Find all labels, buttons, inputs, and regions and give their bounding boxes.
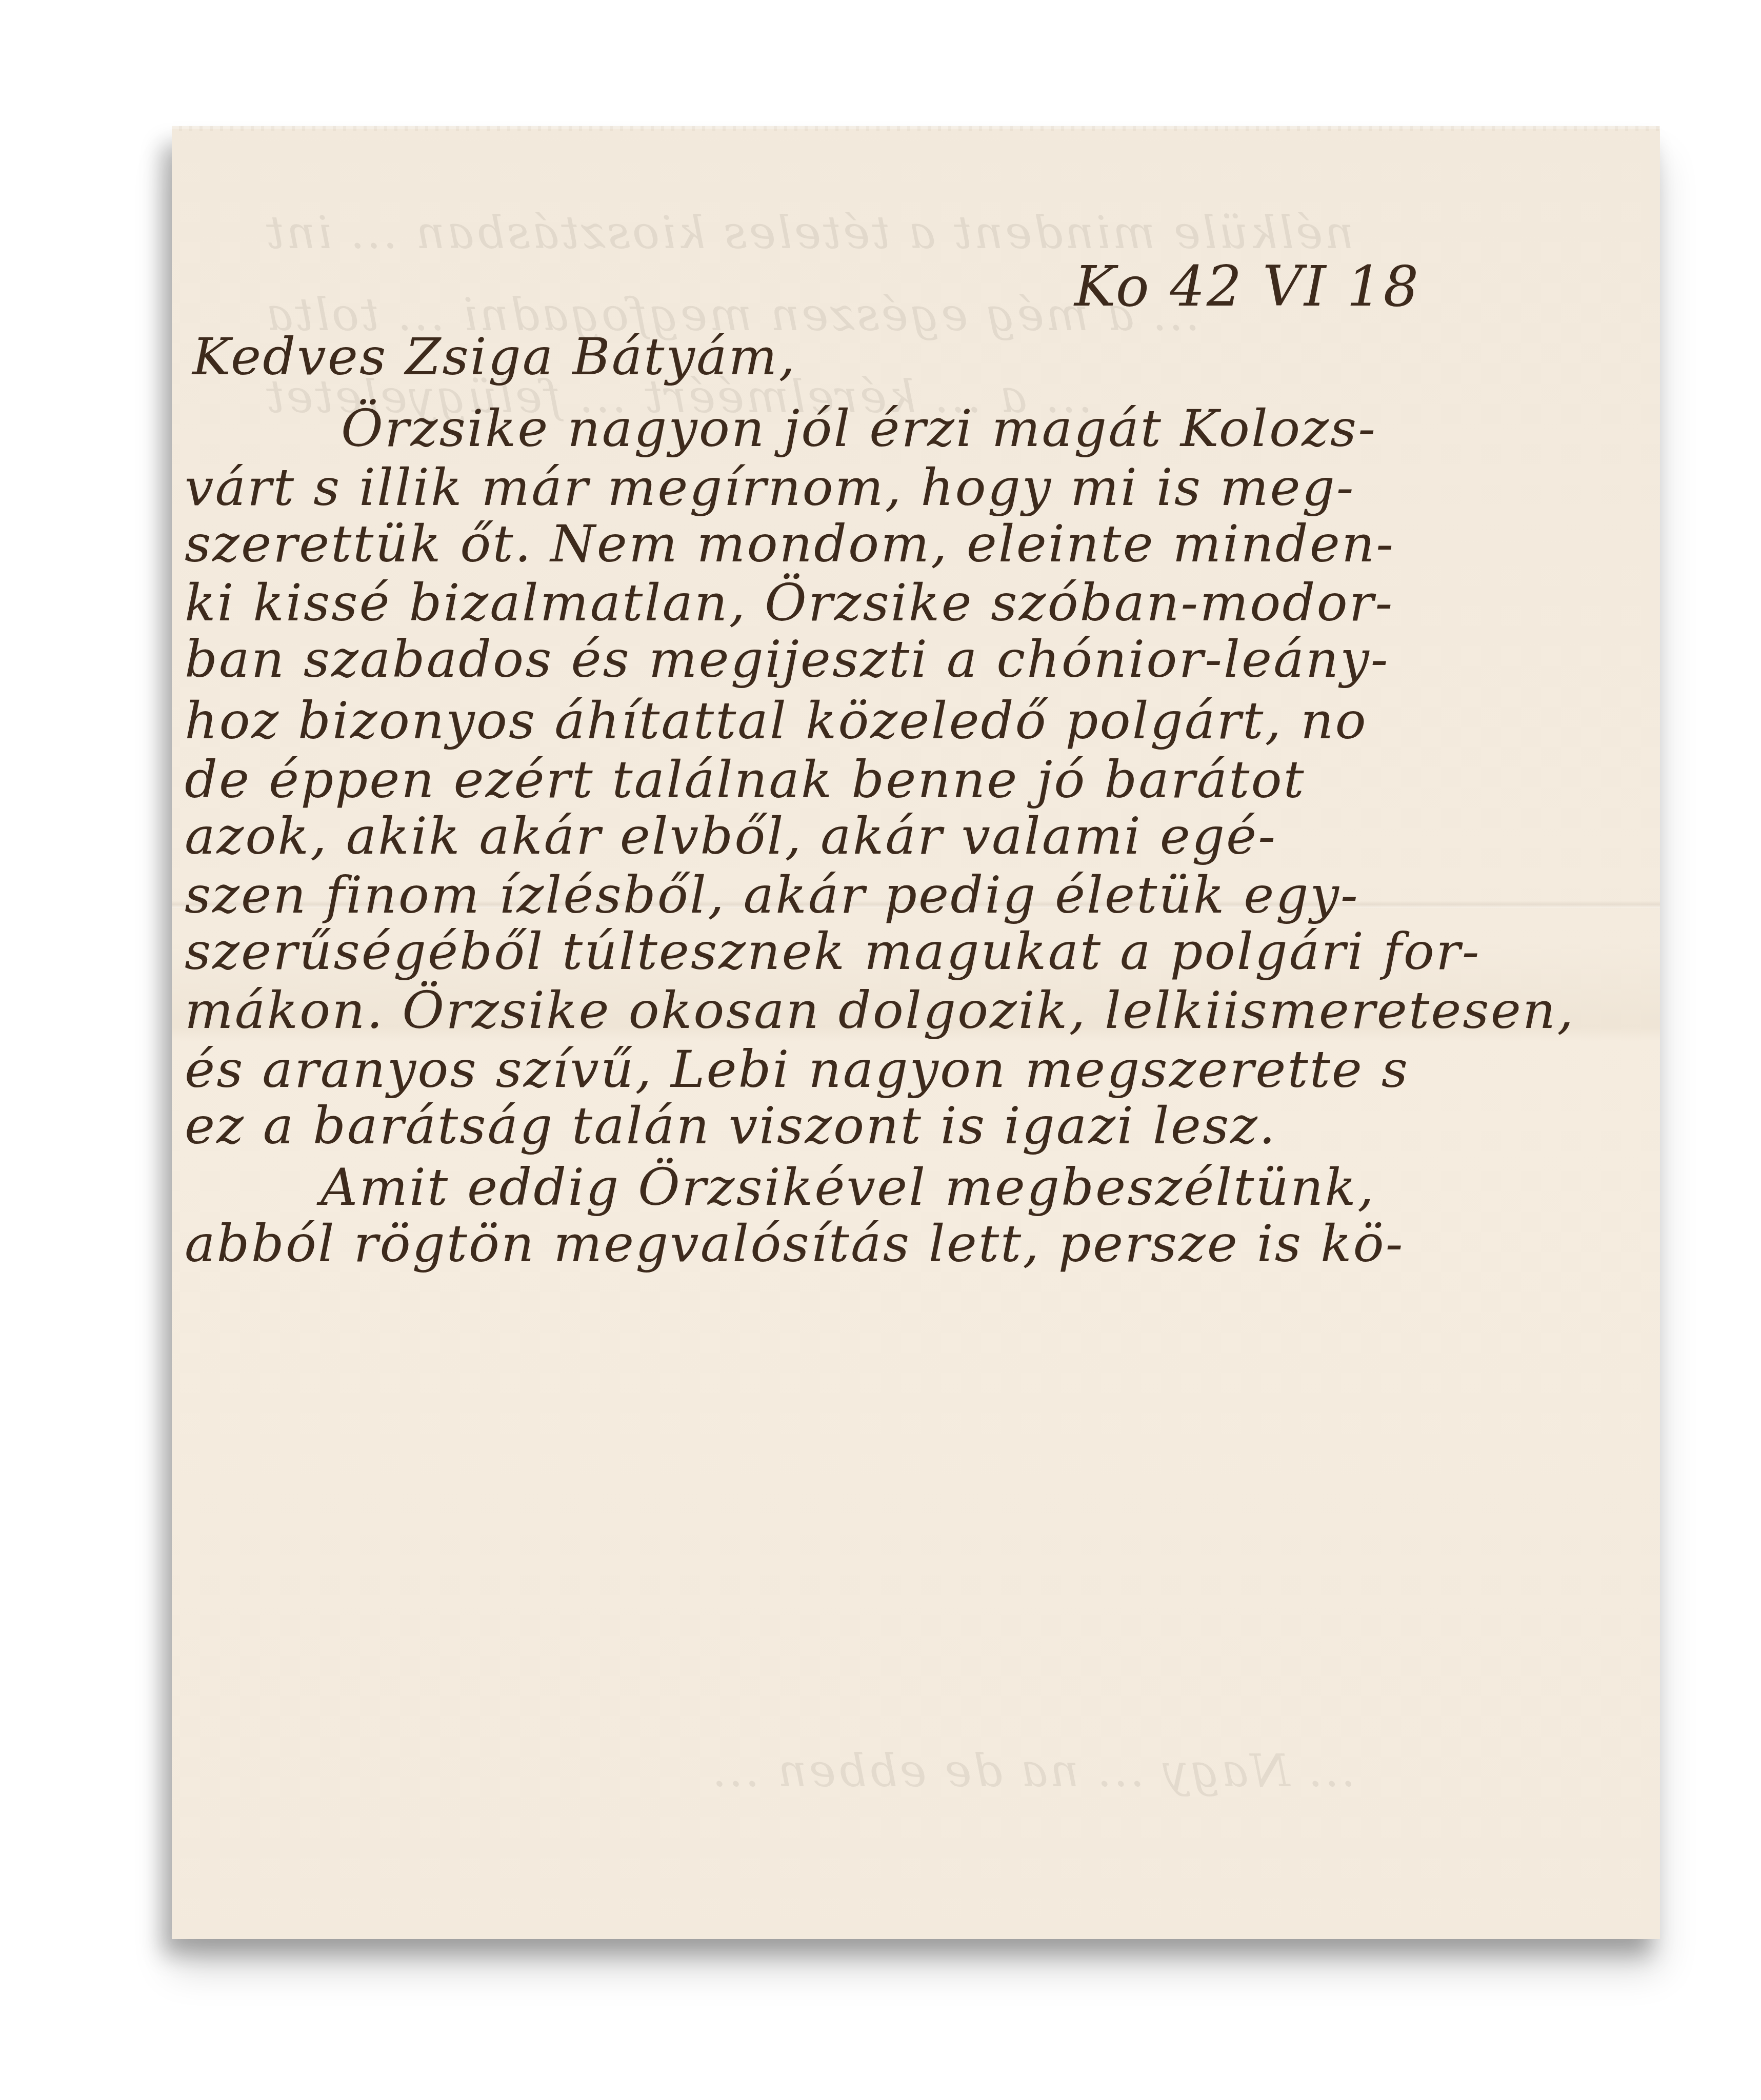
bleed-through-text: nélküle mindent a tételes kiosztásban ..… [264,206,1354,259]
letter-line: de éppen ezért találnak benne jó barátot [185,750,1306,810]
letter-date: Ko 42 VI 18 [1074,255,1420,319]
letter-line: várt s illik már megírnom, hogy mi is me… [185,457,1355,517]
letter-line: szen finom ízlésből, akár pedig életük e… [185,865,1359,925]
letter-line: ez a barátság talán viszont is igazi les… [185,1096,1277,1156]
letter-line: ban szabados és megijeszti a chónior-leá… [185,629,1390,689]
letter-line: abból rögtön megvalósítás lett, persze i… [185,1214,1405,1274]
letter-line: hoz bizonyos áhítattal közeledő polgárt,… [185,691,1368,751]
bleed-through-text: ... Nagy ... na de ebben ... [710,1744,1355,1797]
letter-line: Örzsike nagyon jól érzi magát Kolozs- [341,398,1377,458]
letter-line: Amit eddig Örzsikével megbeszéltünk, [321,1157,1375,1217]
letter-line: szerettük őt. Nem mondom, eleinte minden… [185,514,1395,574]
letter-line: mákon. Örzsike okosan dolgozik, lelkiism… [185,980,1575,1040]
letter-line: azok, akik akár elvből, akár valami egé- [185,806,1277,866]
letter-line: ki kissé bizalmatlan, Örzsike szóban-mod… [185,573,1394,633]
letter-paper: nélküle mindent a tételes kiosztásban ..… [172,129,1660,1939]
letter-line: szerűségéből túltesznek magukat a polgár… [185,921,1481,981]
letter-line: és aranyos szívű, Lebi nagyon megszerett… [185,1039,1409,1099]
letter-salutation: Kedves Zsiga Bátyám, [192,327,796,387]
